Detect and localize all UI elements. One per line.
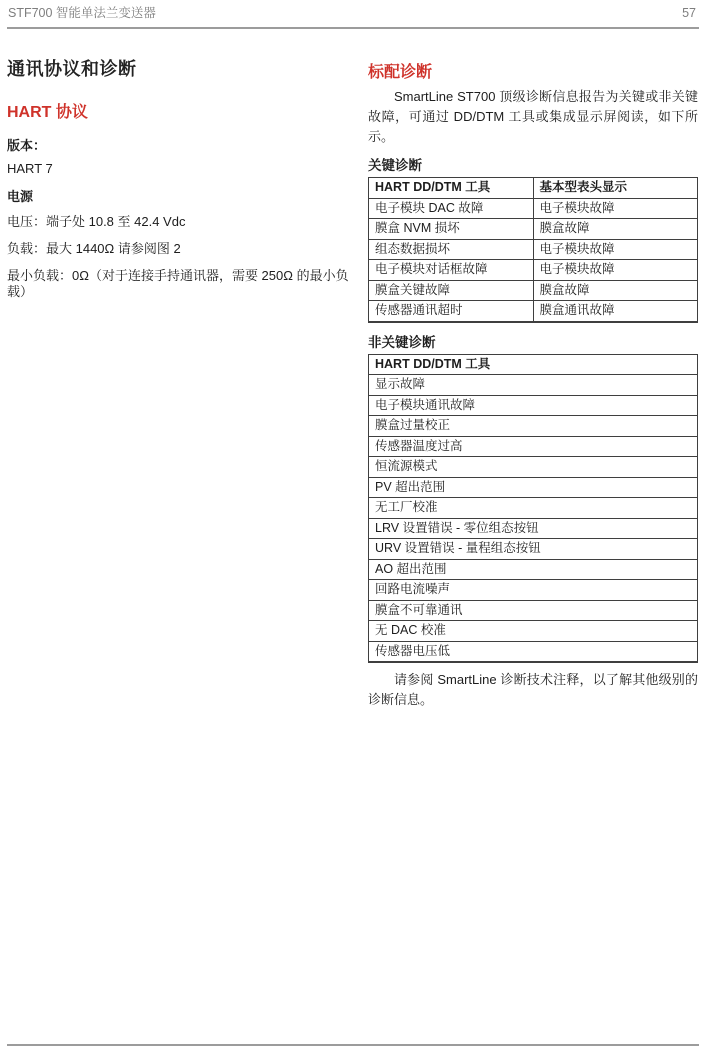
table-cell: 膜盒关键故障 [369, 280, 534, 301]
page-header: STF700 智能单法兰变送器 57 [0, 0, 708, 22]
content-columns: 通讯协议和诊断 HART 协议 版本： HART 7 电源 电压：端子处 10.… [0, 29, 708, 710]
table-row: LRV 设置错误 - 零位组态按钮 [369, 518, 698, 539]
table-row: 无 DAC 校准 [369, 621, 698, 642]
table-row: 传感器温度过高 [369, 436, 698, 457]
noncritical-diagnostics-label: 非关键诊断 [368, 335, 698, 351]
table-cell: 恒流源模式 [369, 457, 698, 478]
table-cell: URV 设置错误 - 量程组态按钮 [369, 539, 698, 560]
right-column: 标配诊断 SmartLine ST700 顶级诊断信息报告为关键或非关键故障，可… [368, 29, 698, 710]
table-cell: 电子模块故障 [533, 198, 698, 219]
table-cell: LRV 设置错误 - 零位组态按钮 [369, 518, 698, 539]
diagnostics-intro: SmartLine ST700 顶级诊断信息报告为关键或非关键故障，可通过 DD… [368, 87, 698, 147]
power-label: 电源 [7, 189, 359, 205]
table-cell: 无工厂校准 [369, 498, 698, 519]
table-row: 无工厂校准 [369, 498, 698, 519]
hart-protocol-heading: HART 协议 [7, 103, 359, 122]
table-header-row: HART DD/DTM 工具 [369, 354, 698, 375]
table-cell: 显示故障 [369, 375, 698, 396]
load-line: 负载：最大 1440Ω 请参阅图 2 [7, 241, 359, 257]
table-row: 恒流源模式 [369, 457, 698, 478]
table-row: URV 设置错误 - 量程组态按钮 [369, 539, 698, 560]
table-cell: 膜盒故障 [533, 219, 698, 240]
version-value: HART 7 [7, 161, 359, 177]
table-cell: 回路电流噪声 [369, 580, 698, 601]
table-row: 组态数据损坏 电子模块故障 [369, 239, 698, 260]
table-cell: 膜盒通讯故障 [533, 301, 698, 322]
table-row: 显示故障 [369, 375, 698, 396]
header-doc-title: STF700 智能单法兰变送器 [8, 5, 156, 22]
table-header-row: HART DD/DTM 工具 基本型表头显示 [369, 178, 698, 199]
table-cell: 无 DAC 校准 [369, 621, 698, 642]
table-cell: 组态数据损坏 [369, 239, 534, 260]
version-label: 版本： [7, 138, 359, 154]
table-cell: 电子模块故障 [533, 239, 698, 260]
table-row: 膜盒不可靠通讯 [369, 600, 698, 621]
column-header: 基本型表头显示 [533, 178, 698, 199]
table-row: 电子模块 DAC 故障 电子模块故障 [369, 198, 698, 219]
critical-diagnostics-table: HART DD/DTM 工具 基本型表头显示 电子模块 DAC 故障 电子模块故… [368, 177, 698, 323]
document-page: STF700 智能单法兰变送器 57 通讯协议和诊断 HART 协议 版本： H… [0, 0, 708, 1054]
noncritical-diagnostics-table: HART DD/DTM 工具 显示故障 电子模块通讯故障 膜盒过量校正 传感器温… [368, 354, 698, 664]
table-row: 膜盒过量校正 [369, 416, 698, 437]
voltage-line: 电压：端子处 10.8 至 42.4 Vdc [7, 214, 359, 230]
table-cell: 传感器电压低 [369, 641, 698, 662]
min-load-line: 最小负载：0Ω（对于连接手持通讯器，需要 250Ω 的最小负载） [7, 268, 359, 300]
table-cell: 电子模块通讯故障 [369, 395, 698, 416]
left-column: 通讯协议和诊断 HART 协议 版本： HART 7 电源 电压：端子处 10.… [7, 29, 359, 300]
table-row: 电子模块对话框故障 电子模块故障 [369, 260, 698, 281]
header-page-number: 57 [682, 5, 696, 22]
table-cell: 膜盒不可靠通讯 [369, 600, 698, 621]
table-cell: AO 超出范围 [369, 559, 698, 580]
diagnostics-outro: 请参阅 SmartLine 诊断技术注释，以了解其他级别的诊断信息。 [368, 670, 698, 710]
table-cell: 电子模块 DAC 故障 [369, 198, 534, 219]
table-cell: PV 超出范围 [369, 477, 698, 498]
table-row: 传感器电压低 [369, 641, 698, 662]
table-row: 传感器通讯超时 膜盒通讯故障 [369, 301, 698, 322]
table-cell: 膜盒过量校正 [369, 416, 698, 437]
table-cell: 膜盒 NVM 损坏 [369, 219, 534, 240]
table-row: 电子模块通讯故障 [369, 395, 698, 416]
column-header: HART DD/DTM 工具 [369, 178, 534, 199]
footer-rule [7, 1044, 699, 1046]
section-title: 通讯协议和诊断 [7, 59, 359, 80]
table-cell: 传感器通讯超时 [369, 301, 534, 322]
critical-diagnostics-label: 关键诊断 [368, 158, 698, 174]
table-cell: 膜盒故障 [533, 280, 698, 301]
table-row: 膜盒 NVM 损坏 膜盒故障 [369, 219, 698, 240]
standard-diagnostics-heading: 标配诊断 [368, 63, 698, 82]
table-row: AO 超出范围 [369, 559, 698, 580]
table-row: PV 超出范围 [369, 477, 698, 498]
table-row: 回路电流噪声 [369, 580, 698, 601]
column-header: HART DD/DTM 工具 [369, 354, 698, 375]
table-cell: 电子模块故障 [533, 260, 698, 281]
table-cell: 电子模块对话框故障 [369, 260, 534, 281]
table-row: 膜盒关键故障 膜盒故障 [369, 280, 698, 301]
table-cell: 传感器温度过高 [369, 436, 698, 457]
